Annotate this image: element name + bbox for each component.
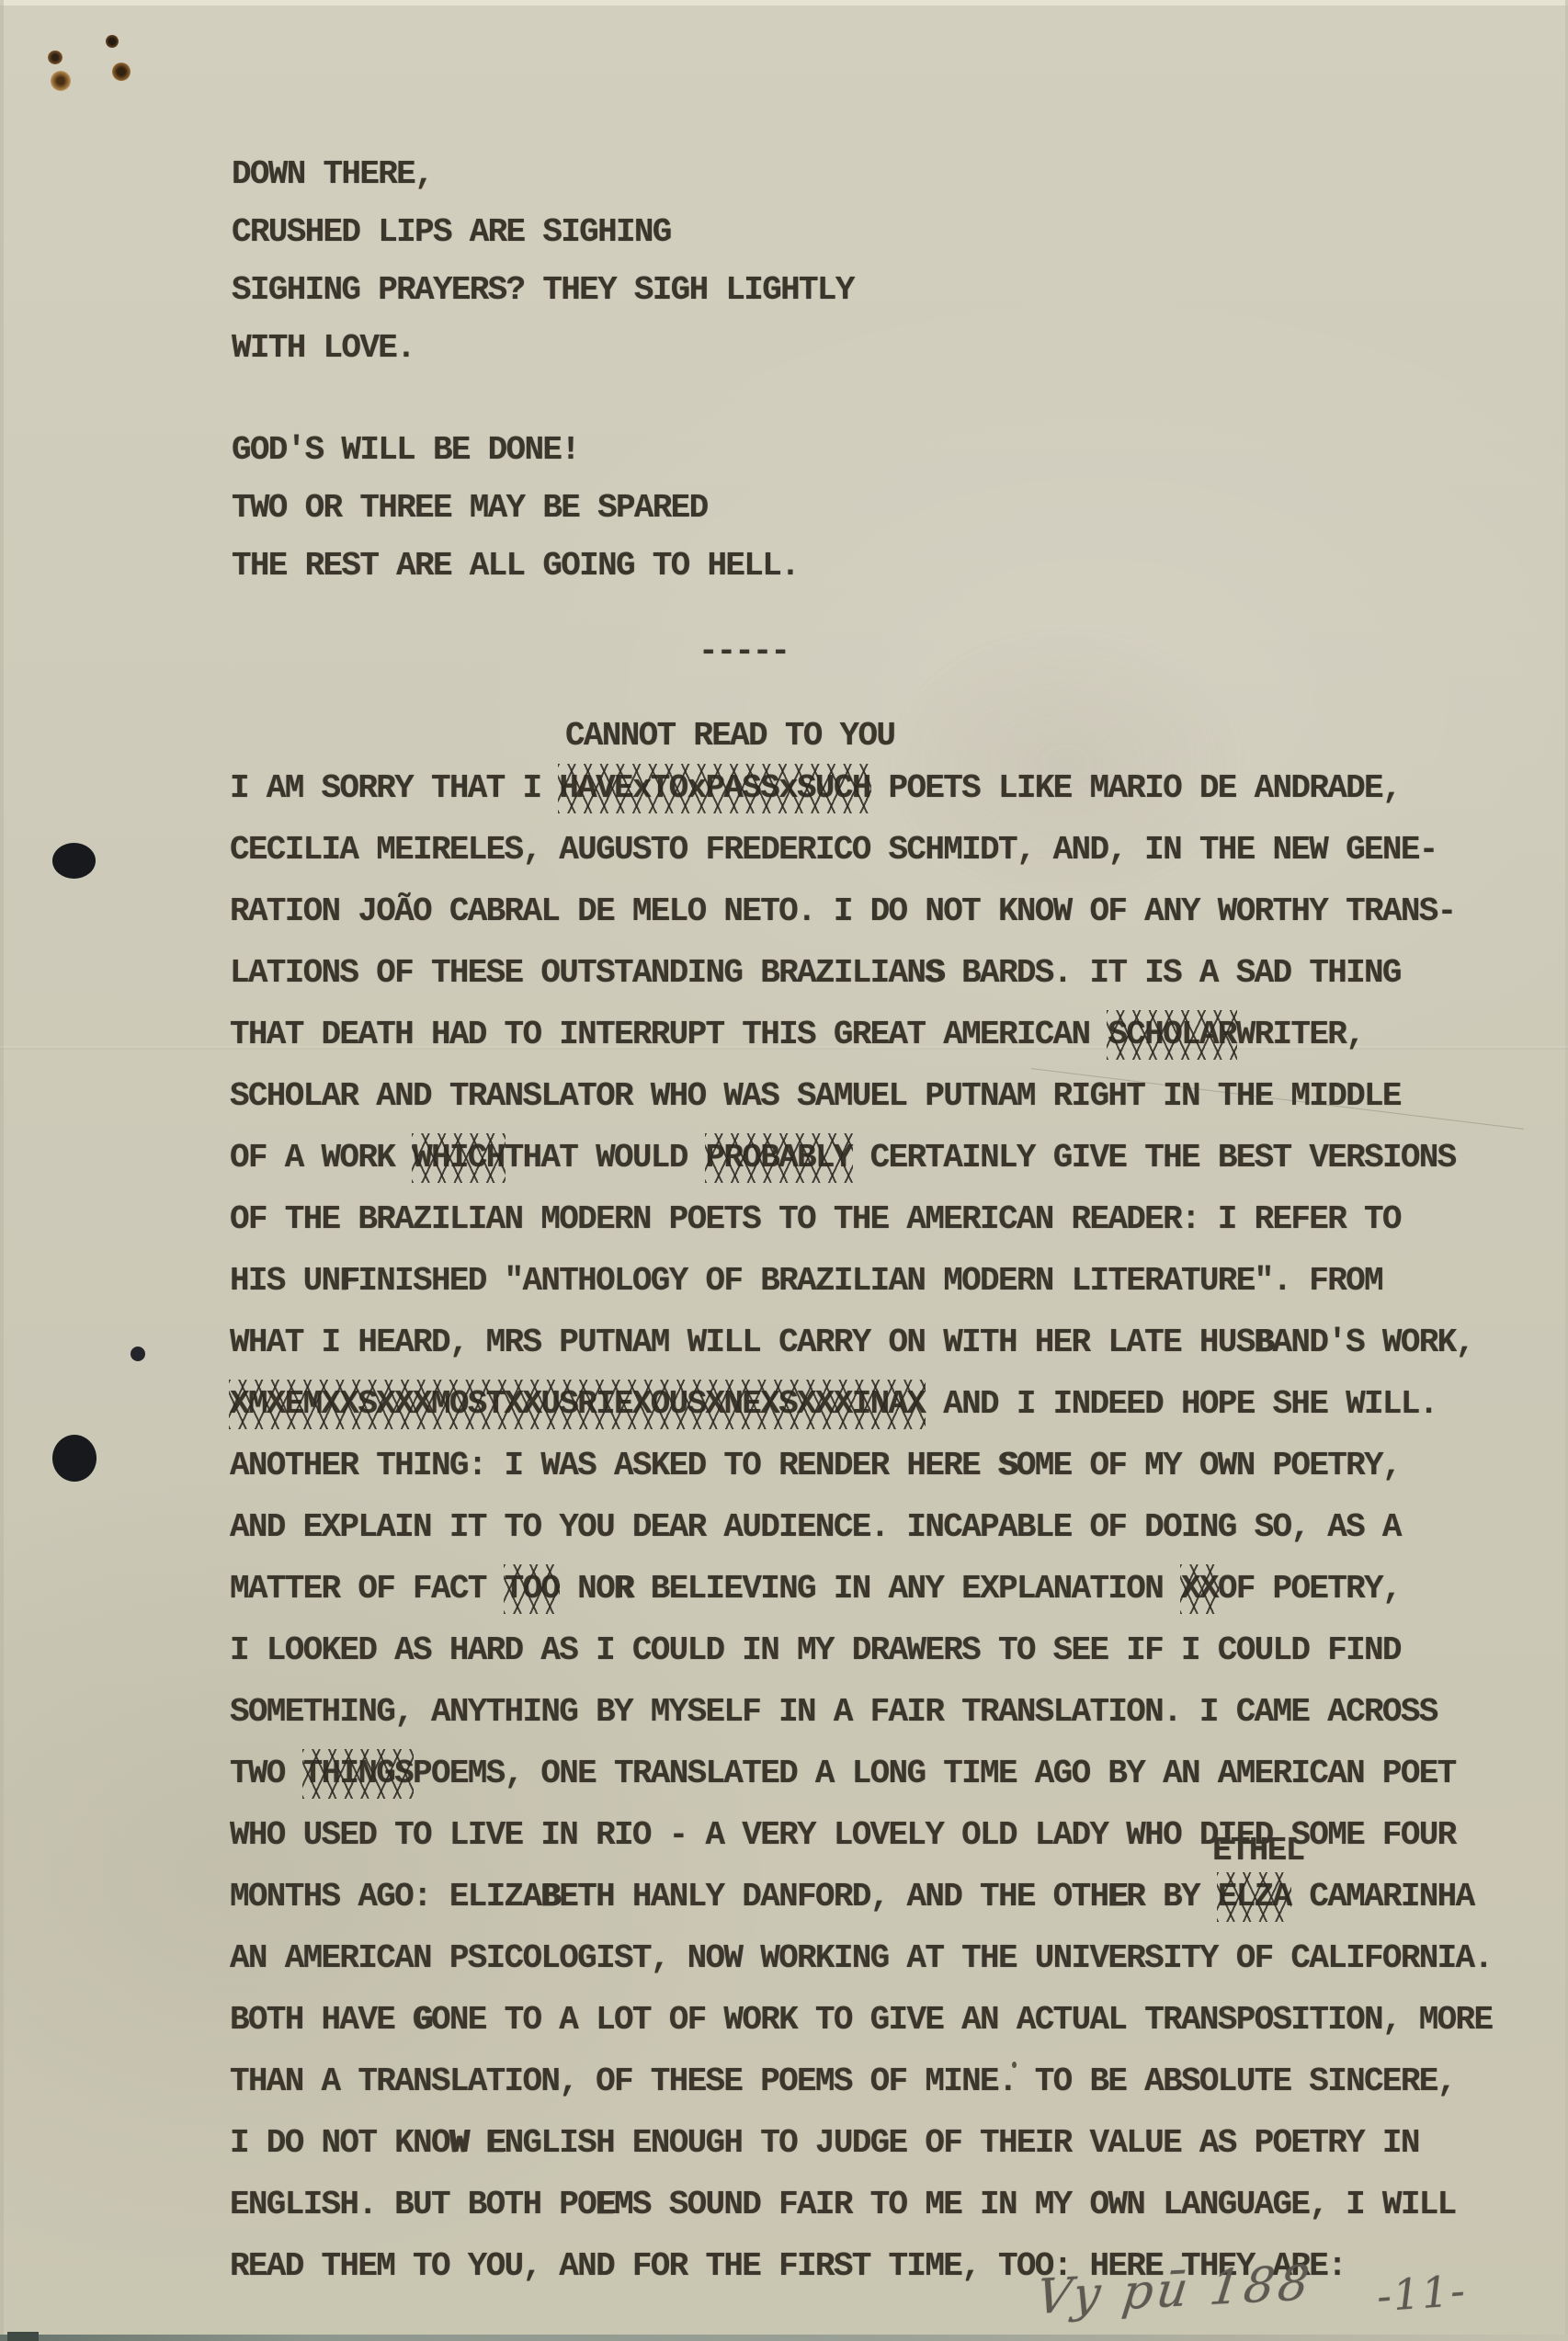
overtyped-char: F	[339, 1262, 358, 1300]
typed-text: AND I INDEED HOPE SHE WILL.	[925, 1385, 1437, 1423]
struck-out-text: XX	[1181, 1558, 1218, 1619]
struck-out-text: SCHOLAR	[1108, 1004, 1235, 1065]
typed-text: POETS LIKE MARIO DE ANDRADE,	[870, 769, 1401, 807]
typed-line: THAN A TRANSLATION, OF THESE POEMS OF MI…	[230, 2051, 1492, 2112]
typed-line: WHAT I HEARD, MRS PUTNAM WILL CARRY ON W…	[230, 1312, 1492, 1373]
interline-insertion: CANNOT READ TO YOU	[565, 717, 894, 755]
typed-text: POEMS, ONE TRANSLATED A LONG TIME AGO BY…	[413, 1755, 1456, 1792]
ink-blot	[131, 1347, 145, 1361]
typed-text: THAT DEATH HAD TO INTERRUPT THIS GREAT A…	[230, 1016, 1108, 1053]
main-paragraph: I AM SORRY THAT I HAVExTOxPASSxSUCH POET…	[230, 757, 1492, 2297]
rust-stain-spot	[106, 35, 119, 48]
struck-out-text: PROBABLY	[706, 1127, 852, 1188]
typed-line: ENGLISH. BUT BOTH POEMS SOUND FAIR TO ME…	[230, 2174, 1492, 2235]
typed-text: AND'S WORK,	[1273, 1324, 1474, 1361]
overtyped-char: B	[1255, 1324, 1273, 1361]
typed-text: AND EXPLAIN IT TO YOU DEAR AUDIENCE. INC…	[230, 1508, 1401, 1546]
typed-line: SCHOLAR AND TRANSLATOR WHO WAS SAMUEL PU…	[230, 1065, 1492, 1127]
typed-line: OF THE BRAZILIAN MODERN POETS TO THE AME…	[230, 1188, 1492, 1250]
typed-text: SIGHING PRAYERS? THEY SIGH LIGHTLY	[232, 271, 854, 309]
overtyped-char: E	[596, 2186, 614, 2223]
typed-line: SOMETHING, ANYTHING BY MYSELF IN A FAIR …	[230, 1681, 1492, 1743]
typed-line: DOWN THERE,	[232, 145, 854, 203]
typed-line: THAT DEATH HAD TO INTERRUPT THIS GREAT A…	[230, 1004, 1492, 1065]
typed-line: THE REST ARE ALL GOING TO HELL.	[232, 537, 799, 595]
typed-text: RATION JOÃO CABRAL DE MELO NETO. I DO NO…	[230, 892, 1456, 930]
typed-text: AN AMERICAN PSICOLOGIST, NOW WORKING AT …	[230, 1939, 1492, 1977]
punch-hole-top	[52, 843, 96, 879]
typed-line: CRUSHED LIPS ARE SIGHING	[232, 203, 854, 261]
typed-line: BOTH HAVE GONE TO A LOT OF WORK TO GIVE …	[230, 1989, 1492, 2051]
overtyped-char: S	[925, 954, 943, 992]
typed-text: BOTH HAVE	[230, 2001, 413, 2039]
typed-text: GOD'S WILL BE DONE!	[232, 431, 579, 469]
typed-text: ETH HANLY DANFORD, AND THE OTH	[559, 1878, 1108, 1915]
typed-line: WITH LOVE.	[232, 319, 854, 377]
typed-text: THAN A TRANSLATION, OF THESE POEMS OF MI…	[230, 2063, 1456, 2100]
handwritten-page-number: -11-	[1375, 2266, 1468, 2322]
struck-out-text: ELZA	[1218, 1866, 1291, 1927]
typed-line: CECILIA MEIRELES, AUGUSTO FREDERICO SCHM…	[230, 819, 1492, 881]
typed-line: I AM SORRY THAT I HAVExTOxPASSxSUCH POET…	[230, 757, 1492, 819]
typed-line: LATIONS OF THESE OUTSTANDING BRAZILIANS …	[230, 942, 1492, 1004]
typed-text: SCHOLAR AND TRANSLATOR WHO WAS SAMUEL PU…	[230, 1077, 1401, 1115]
typed-line: I DO NOT KNOW ENGLISH ENOUGH TO JUDGE OF…	[230, 2112, 1492, 2174]
typed-line: XMXEMXXSXXXMOSTXXUSRIEXOUSXNEXSXXXINAX A…	[230, 1373, 1492, 1435]
typed-text: CECILIA MEIRELES, AUGUSTO FREDERICO SCHM…	[230, 831, 1437, 869]
typed-line: AN AMERICAN PSICOLOGIST, NOW WORKING AT …	[230, 1927, 1492, 1989]
typed-line: ANOTHER THING: I WAS ASKED TO RENDER HER…	[230, 1435, 1492, 1496]
typed-line: SIGHING PRAYERS? THEY SIGH LIGHTLY	[232, 261, 854, 319]
typed-line: GOD'S WILL BE DONE!	[232, 421, 799, 479]
typed-text: CERTAINLY GIVE THE BEST VERSIONS	[852, 1139, 1456, 1176]
typed-text: LATIONS OF THESE OUTSTANDING BRAZILIAN	[230, 954, 925, 992]
typed-line: MONTHS AGO: ELIZABETH HANLY DANFORD, AND…	[230, 1866, 1492, 1927]
typed-text: INISHED "ANTHOLOGY OF BRAZILIAN MODERN L…	[358, 1262, 1382, 1300]
typed-text: WRITER,	[1236, 1016, 1364, 1053]
overtyped-char: S	[998, 1447, 1017, 1484]
rust-stain-spot	[51, 71, 71, 91]
typed-text: OF THE BRAZILIAN MODERN POETS TO THE AME…	[230, 1200, 1401, 1238]
typed-text: TWO OR THREE MAY BE SPARED	[232, 489, 708, 527]
struck-out-text: TOO	[505, 1558, 560, 1619]
typed-text: ENGLISH. BUT BOTH PO	[230, 2186, 596, 2223]
typed-line: MATTER OF FACT TOO NOR BELIEVING IN ANY …	[230, 1558, 1492, 1619]
typed-text: OF POETRY,	[1218, 1570, 1401, 1608]
typed-line: TWO THINGSPOEMS, ONE TRANSLATED A LONG T…	[230, 1743, 1492, 1804]
typed-text: R BY	[1126, 1878, 1218, 1915]
typed-line: RATION JOÃO CABRAL DE MELO NETO. I DO NO…	[230, 881, 1492, 942]
overtyped-char: R	[614, 1570, 632, 1608]
typed-text: WITH LOVE.	[232, 329, 415, 367]
typed-text: CAMARINHA	[1290, 1878, 1473, 1915]
typed-text: MS SOUND FAIR TO ME IN MY OWN LANGUAGE, …	[614, 2186, 1456, 2223]
typed-line: TWO OR THREE MAY BE SPARED	[232, 479, 799, 537]
typed-text: THAT WOULD	[505, 1139, 706, 1176]
scan-edge-bottom	[0, 2335, 1568, 2341]
typed-text: NO	[559, 1570, 614, 1608]
section-separator-dashes: -----	[699, 632, 789, 670]
overtyped-char: G	[413, 2001, 431, 2039]
scan-edge-top	[0, 0, 1568, 6]
rust-stain-spot	[112, 63, 131, 81]
typed-text: I AM SORRY THAT I	[230, 769, 559, 807]
typed-text: MATTER OF FACT	[230, 1570, 505, 1608]
typed-text: CRUSHED LIPS ARE SIGHING	[232, 213, 671, 251]
struck-out-text: HAVExTOxPASSxSUCH	[559, 757, 869, 819]
typed-line: OF A WORK WHICHTHAT WOULD PROBABLY CERTA…	[230, 1127, 1492, 1188]
typed-text: ANOTHER THING: I WAS ASKED TO RENDER HER…	[230, 1447, 998, 1484]
struck-out-text: WHICH	[413, 1127, 505, 1188]
interline-name-insertion: ETHEL	[1212, 1832, 1304, 1869]
typed-text: THE REST ARE ALL GOING TO HELL.	[232, 547, 799, 585]
typed-text: I LOOKED AS HARD AS I COULD IN MY DRAWER…	[230, 1631, 1401, 1669]
typed-text: WHAT I HEARD, MRS PUTNAM WILL CARRY ON W…	[230, 1324, 1255, 1361]
struck-out-text: THINGS	[303, 1743, 413, 1804]
typed-text: OF A WORK	[230, 1139, 413, 1176]
overtyped-char: B	[540, 1878, 559, 1915]
poem-stanza-1: DOWN THERE,CRUSHED LIPS ARE SIGHINGSIGHI…	[232, 145, 854, 377]
manuscript-page: DOWN THERE,CRUSHED LIPS ARE SIGHINGSIGHI…	[0, 0, 1568, 2341]
typed-text: OME OF MY OWN POETRY,	[1017, 1447, 1401, 1484]
rust-stain-spot	[48, 51, 62, 64]
typed-text: MONTHS AGO: ELIZA	[230, 1878, 540, 1915]
punch-hole-bottom	[52, 1435, 97, 1482]
typed-line: I LOOKED AS HARD AS I COULD IN MY DRAWER…	[230, 1619, 1492, 1681]
scan-edge-left	[0, 0, 4, 2341]
typed-text	[468, 2124, 486, 2162]
typed-line: AND EXPLAIN IT TO YOU DEAR AUDIENCE. INC…	[230, 1496, 1492, 1558]
typed-text: I DO NOT KNO	[230, 2124, 449, 2162]
scan-edge-bottom-dark-block	[7, 2332, 39, 2341]
typed-text: BARDS. IT IS A SAD THING	[943, 954, 1401, 992]
typed-text: TWO	[230, 1755, 303, 1792]
typed-text: ONE TO A LOT OF WORK TO GIVE AN ACTUAL T…	[431, 2001, 1492, 2039]
overtyped-char: E	[1108, 1878, 1126, 1915]
struck-out-text: XMXEMXXSXXXMOSTXXUSRIEXOUSXNEXSXXXINAX	[230, 1373, 925, 1435]
typed-line: HIS UNFINISHED "ANTHOLOGY OF BRAZILIAN M…	[230, 1250, 1492, 1312]
typed-text: BELIEVING IN ANY EXPLANATION	[632, 1570, 1181, 1608]
typed-text: HIS UN	[230, 1262, 339, 1300]
overtyped-char: W	[449, 2124, 468, 2162]
overtyped-char: E	[486, 2124, 505, 2162]
typed-text: DOWN THERE,	[232, 155, 433, 193]
typed-text: NGLISH ENOUGH TO JUDGE OF THEIR VALUE AS…	[505, 2124, 1419, 2162]
poem-stanza-2: GOD'S WILL BE DONE!TWO OR THREE MAY BE S…	[232, 421, 799, 595]
typed-text: SOMETHING, ANYTHING BY MYSELF IN A FAIR …	[230, 1693, 1437, 1731]
